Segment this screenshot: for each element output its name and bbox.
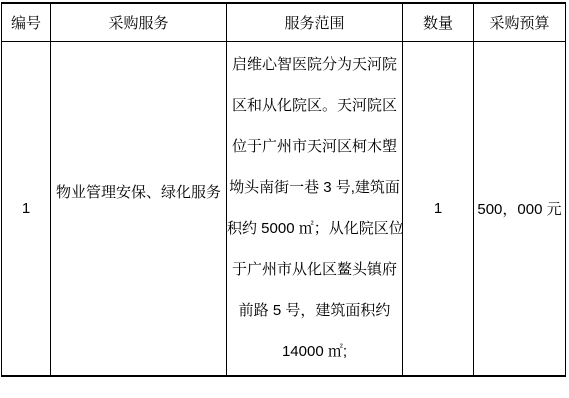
cell-number: 1 (2, 41, 51, 376)
scope-line: 于广州市从化区鳌头镇府 (227, 249, 402, 290)
cell-budget: 500，000 元 (474, 41, 566, 376)
header-cell-number: 编号 (2, 3, 51, 41)
scope-line: 前路 5 号，建筑面积约 (227, 290, 402, 331)
scope-line: 启维心智医院分为天河院 (227, 44, 402, 85)
page: 编号 采购服务 服务范围 数量 采购预算 1 物业管理安保、绿化服务 启维心智医… (0, 0, 569, 398)
cell-service: 物业管理安保、绿化服务 (51, 41, 227, 376)
table-header-row: 编号 采购服务 服务范围 数量 采购预算 (2, 3, 566, 41)
scope-line: 积约 5000 ㎡；从化院区位 (227, 208, 402, 249)
procurement-table: 编号 采购服务 服务范围 数量 采购预算 1 物业管理安保、绿化服务 启维心智医… (1, 2, 566, 377)
header-cell-scope: 服务范围 (227, 3, 403, 41)
scope-line: 14000 ㎡; (227, 331, 402, 372)
scope-line: 坳头南街一巷 3 号,建筑面 (227, 167, 402, 208)
header-cell-budget: 采购预算 (474, 3, 566, 41)
cell-quantity: 1 (403, 41, 474, 376)
scope-line: 位于广州市天河区柯木塱 (227, 126, 402, 167)
table-row: 1 物业管理安保、绿化服务 启维心智医院分为天河院 区和从化院区。天河院区 位于… (2, 41, 566, 376)
scope-line: 区和从化院区。天河院区 (227, 85, 402, 126)
scope-text: 启维心智医院分为天河院 区和从化院区。天河院区 位于广州市天河区柯木塱 坳头南街… (227, 44, 402, 372)
service-text: 物业管理安保、绿化服务 (51, 181, 226, 202)
header-cell-service: 采购服务 (51, 3, 227, 41)
header-cell-quantity: 数量 (403, 3, 474, 41)
cell-scope: 启维心智医院分为天河院 区和从化院区。天河院区 位于广州市天河区柯木塱 坳头南街… (227, 41, 403, 376)
